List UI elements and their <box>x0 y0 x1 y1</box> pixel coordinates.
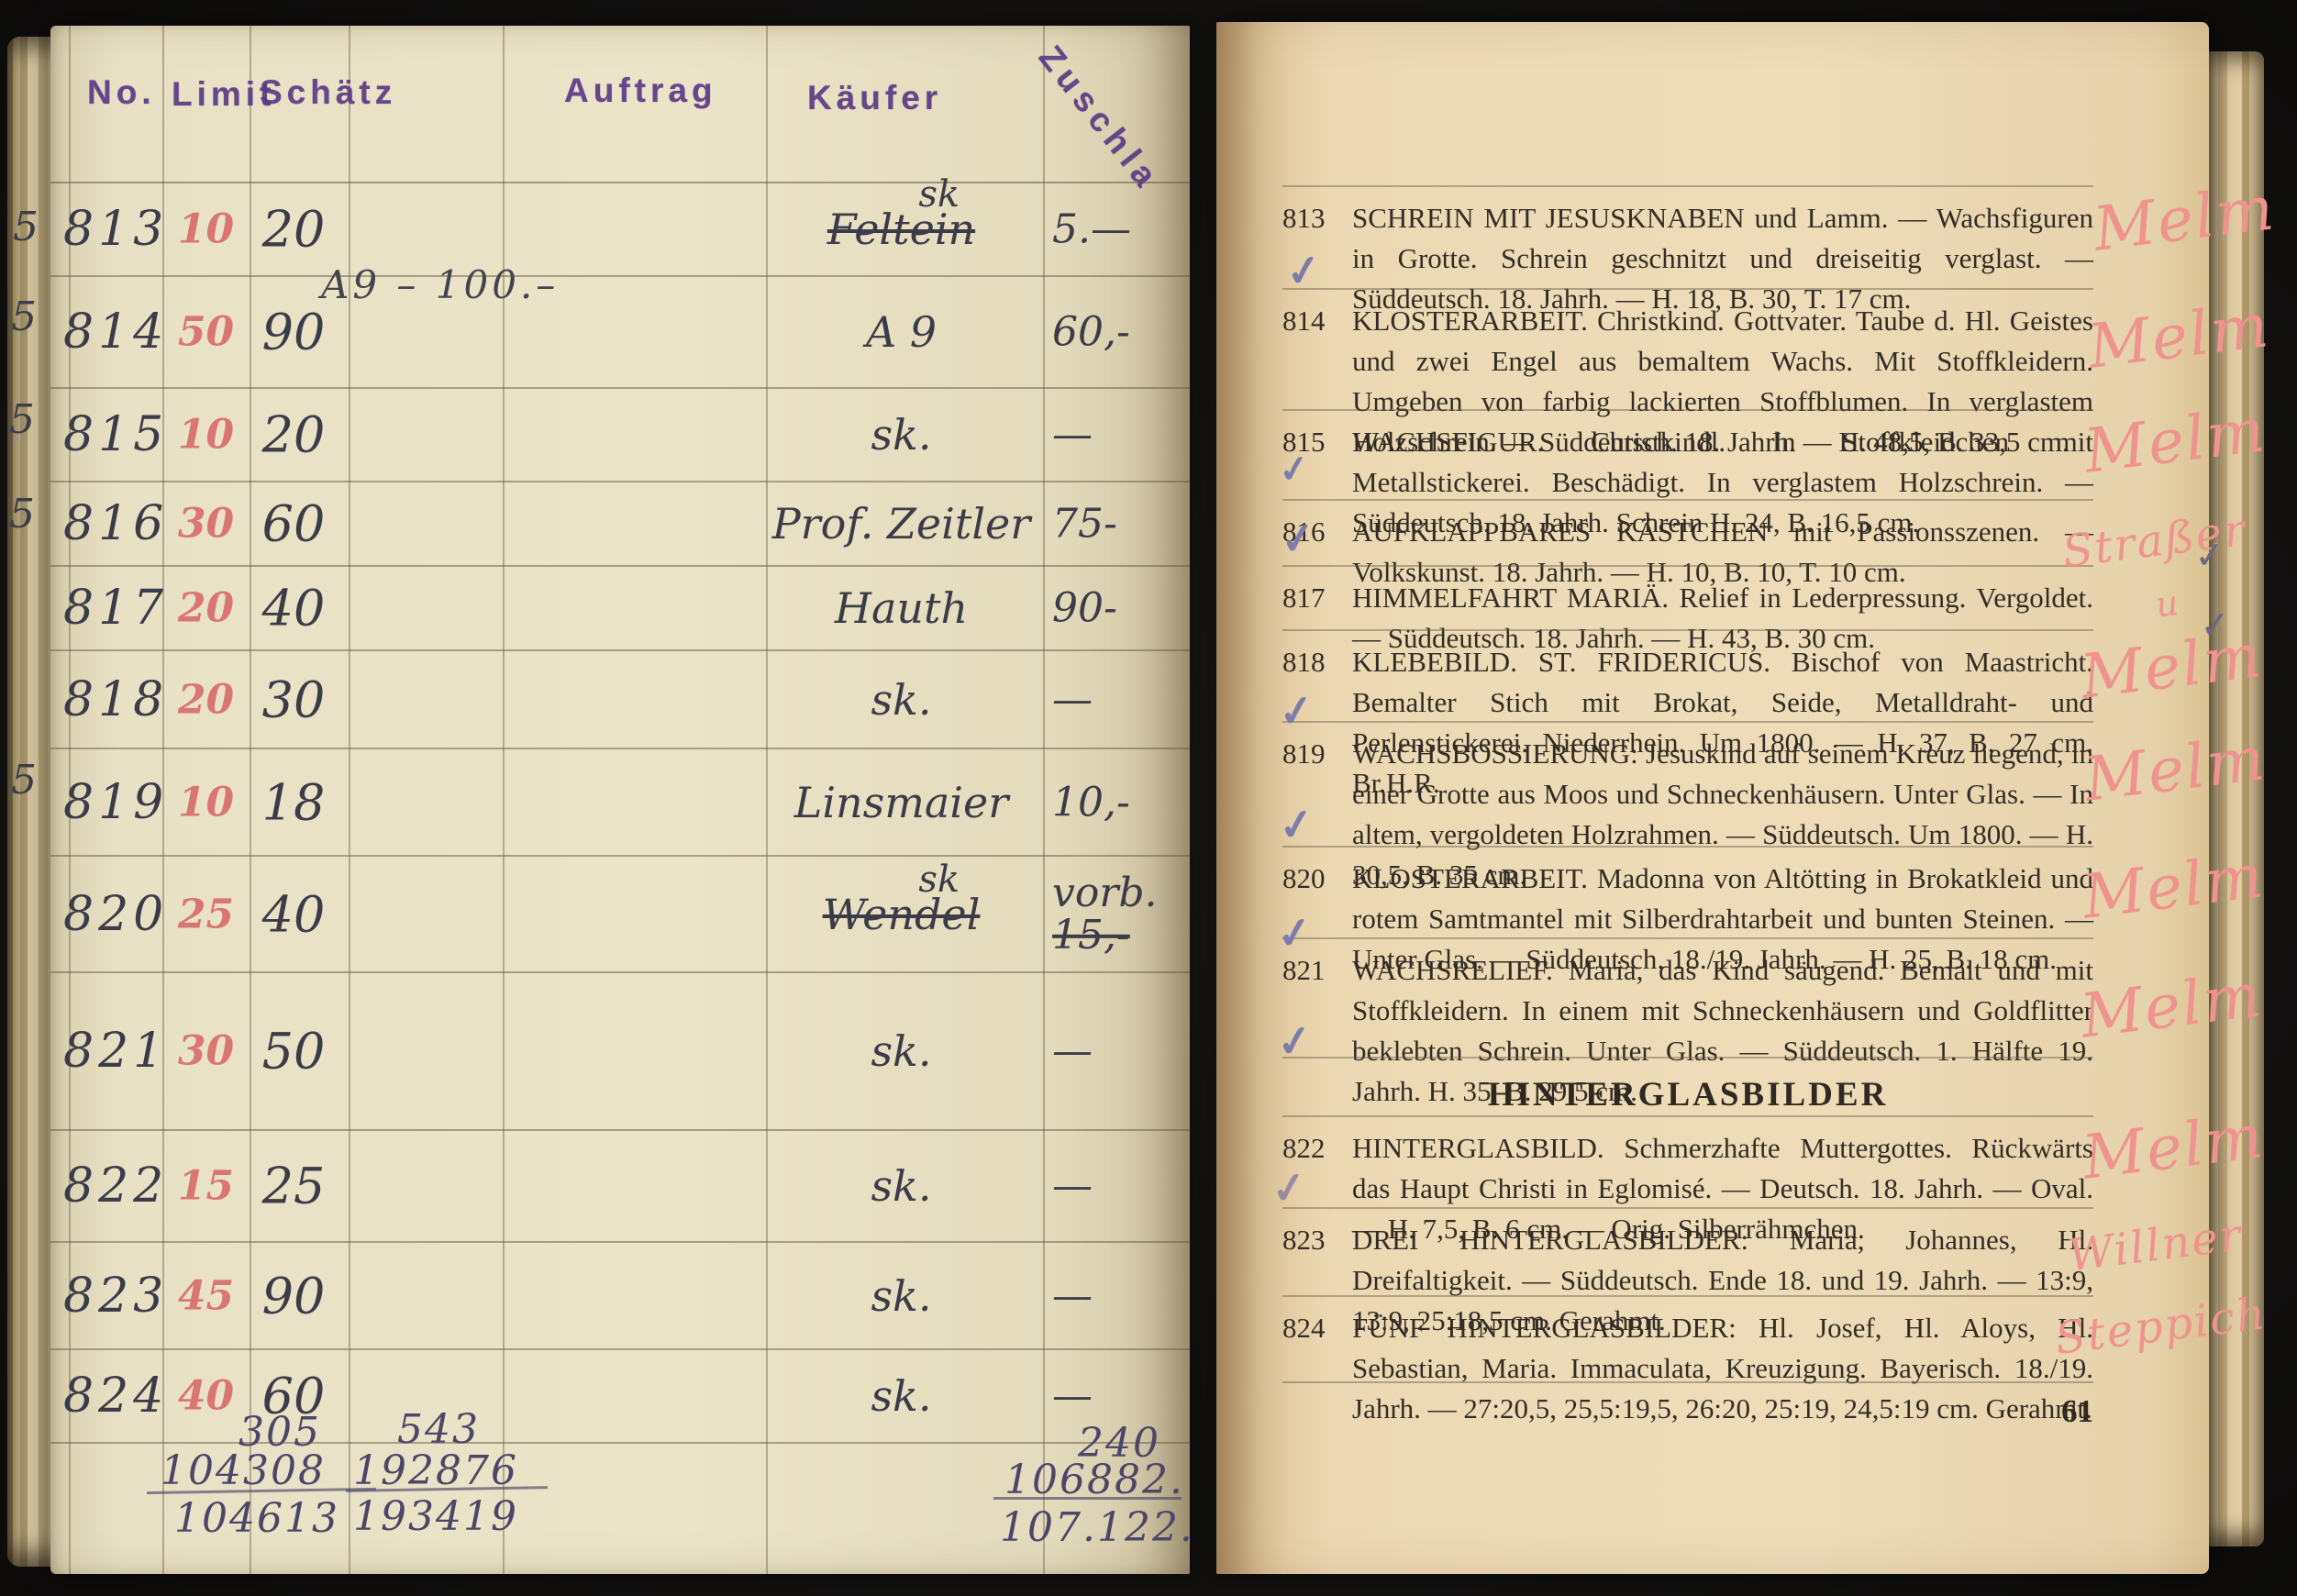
book-spread: No. Limit Schätz Auftrag Käufer Zuschla … <box>0 0 2297 1596</box>
ledger-row-821: 821 30 50 sk. — <box>50 973 1190 1131</box>
section-rule <box>1282 1057 2093 1058</box>
hammer-price: 75- <box>1047 501 1190 548</box>
page-number: 61 <box>1282 1393 2093 1430</box>
footer-rule <box>1282 1381 2093 1383</box>
ledger-row-814: 814 50 90 A 9 60,- <box>50 277 1190 389</box>
hammer-price: — <box>1047 676 1190 723</box>
catalog-lot-number: 814 <box>1282 301 1343 341</box>
limit-value: 10 <box>162 779 250 826</box>
estimate-value: 20 <box>239 406 349 464</box>
lot-number: 816 <box>63 496 162 551</box>
ledger-row-816: 816 30 60 Prof. Zeitler 75- <box>50 482 1190 567</box>
margin-mark-5: 5 <box>9 396 35 443</box>
grey-checkmark-816: ✓ <box>2192 532 2227 578</box>
hammer-sum-total: 107.122. <box>1000 1504 1190 1551</box>
catalog-lot-number: 820 <box>1282 859 1343 899</box>
lot-number: 823 <box>63 1269 162 1324</box>
estimate-value: 40 <box>239 885 349 943</box>
limit-value: 10 <box>162 206 250 253</box>
sum-rule <box>993 1497 1182 1500</box>
ledger-row-817: 817 20 40 Hauth 90- <box>50 567 1190 651</box>
catalog-lot-number: 818 <box>1282 642 1343 682</box>
header-kaeufer: Käufer <box>807 79 942 117</box>
bid-order-note: A9 – 100.– <box>321 262 559 307</box>
catalog-lot-number: 813 <box>1282 198 1343 238</box>
lot-number: 821 <box>63 1024 162 1079</box>
estimate-value: 25 <box>239 1158 349 1215</box>
hammer-price: 5.— <box>1047 206 1190 253</box>
estimate-value: 20 <box>239 201 349 259</box>
margin-mark-5: 5 <box>11 294 37 340</box>
hammer-price-struck: 15,- <box>1052 914 1190 957</box>
catalog-lot-number: 819 <box>1282 734 1343 774</box>
checkmark-820: ✓ <box>1273 906 1315 960</box>
ledger-row-820: 820 25 40 Wendelsk vorb.15,- <box>50 857 1190 973</box>
limit-value: 10 <box>162 412 250 459</box>
header-no: No. <box>87 73 156 112</box>
ledger-row-824: 824 40 60 sk. — <box>50 1350 1190 1444</box>
second-sum-total: 193419 <box>353 1493 518 1540</box>
buyer-name: sk. <box>757 1371 1046 1421</box>
checkmark-822: ✓ <box>1268 1161 1310 1215</box>
hammer-price: — <box>1047 1028 1190 1075</box>
second-sum-add: 543 <box>397 1406 480 1453</box>
hammer-price-note: vorb. <box>1052 871 1190 914</box>
hammer-price: 90- <box>1047 585 1190 632</box>
checkmark-819: ✓ <box>1275 798 1317 852</box>
hammer-price: — <box>1047 1163 1190 1210</box>
ledger-row-818: 818 20 30 sk. — <box>50 651 1190 749</box>
estimate-sum-total: 104613 <box>174 1495 339 1542</box>
checkmark-821: ✓ <box>1273 1014 1315 1069</box>
hammer-price: — <box>1047 412 1190 459</box>
limit-value: 45 <box>162 1272 250 1319</box>
limit-value: 25 <box>162 891 250 937</box>
buyer-name: Hauth <box>757 583 1046 633</box>
section-heading: HINTERGLASBILDER <box>1282 1075 2093 1114</box>
lot-number: 813 <box>63 202 162 257</box>
buyer-name: sk. <box>757 1161 1046 1211</box>
estimate-value: 50 <box>239 1023 349 1081</box>
buyer-name: sk. <box>757 1271 1046 1321</box>
hammer-price: — <box>1047 1272 1190 1319</box>
buyer-correction: sk <box>918 173 960 216</box>
buyer-name: A 9 <box>757 307 1046 357</box>
buyer-cell: Wendelsk <box>757 890 1046 939</box>
checkmark-813: ✓ <box>1282 244 1325 298</box>
catalog-lot-number: 817 <box>1282 578 1343 618</box>
limit-value: 20 <box>162 585 250 632</box>
buyer-name: Prof. Zeitler <box>757 499 1046 549</box>
margin-mark-5: 5 <box>9 491 35 538</box>
hammer-price-cell: vorb.15,- <box>1047 871 1190 956</box>
ledger-row-815: 815 10 20 sk. — <box>50 389 1190 482</box>
limit-value: 30 <box>162 1028 250 1075</box>
lot-number: 818 <box>63 672 162 727</box>
estimate-value: 18 <box>239 773 349 831</box>
ledger-page: No. Limit Schätz Auftrag Käufer Zuschla … <box>50 26 1190 1574</box>
red-buyer-ditto-817: u <box>2153 582 2182 626</box>
hammer-price: — <box>1047 1373 1190 1420</box>
lot-number: 820 <box>63 887 162 942</box>
estimate-value: 60 <box>239 495 349 553</box>
estimate-value: 40 <box>239 580 349 637</box>
header-auftrag: Auftrag <box>564 72 717 110</box>
hammer-price: 60,- <box>1047 309 1190 356</box>
limit-value: 50 <box>162 309 250 356</box>
ledger-rows: 813 10 20 Felteinsk 5.— 814 50 90 A 9 60… <box>50 182 1190 1444</box>
checkmark-818: ✓ <box>1275 684 1317 738</box>
estimate-sum-base: 104308 <box>161 1447 326 1494</box>
buyer-name: sk. <box>757 1026 1046 1076</box>
buyer-name: sk. <box>757 675 1046 725</box>
checkmark-814: ✓ <box>1277 512 1319 566</box>
buyer-name: sk. <box>757 410 1046 460</box>
catalog-lot-number: 824 <box>1282 1308 1343 1348</box>
ledger-row-819: 819 10 18 Linsmaier 10,- <box>50 749 1190 857</box>
estimate-value: 90 <box>239 1267 349 1324</box>
lot-number: 819 <box>63 775 162 830</box>
lot-number: 814 <box>63 305 162 360</box>
buyer-name: Linsmaier <box>757 778 1046 827</box>
margin-mark-5: 5 <box>13 204 39 250</box>
checkmark-815: ✓ <box>1276 446 1313 493</box>
buyer-cell: Felteinsk <box>757 205 1046 254</box>
header-zuschlag: Zuschla <box>1031 39 1168 199</box>
lot-number: 824 <box>63 1369 162 1424</box>
lot-number: 815 <box>63 407 162 462</box>
catalog-lot-number: 823 <box>1282 1220 1343 1260</box>
limit-value: 40 <box>162 1373 250 1420</box>
grey-checkmark-817: ✓ <box>2198 602 2233 648</box>
buyer-correction: sk <box>918 859 960 901</box>
estimate-value: 90 <box>239 304 349 361</box>
lot-number: 817 <box>63 581 162 636</box>
estimate-value: 30 <box>239 671 349 728</box>
header-schaetz: Schätz <box>260 73 396 112</box>
limit-value: 20 <box>162 676 250 723</box>
ledger-row-813: 813 10 20 Felteinsk 5.— <box>50 183 1190 277</box>
margin-mark-5: 5 <box>11 757 37 804</box>
limit-value: 15 <box>162 1163 250 1210</box>
hammer-price: 10,- <box>1047 779 1190 826</box>
limit-value: 30 <box>162 501 250 548</box>
lot-number: 822 <box>63 1158 162 1214</box>
ledger-row-823: 823 45 90 sk. — <box>50 1243 1190 1350</box>
ledger-row-822: 822 15 25 sk. — <box>50 1131 1190 1243</box>
